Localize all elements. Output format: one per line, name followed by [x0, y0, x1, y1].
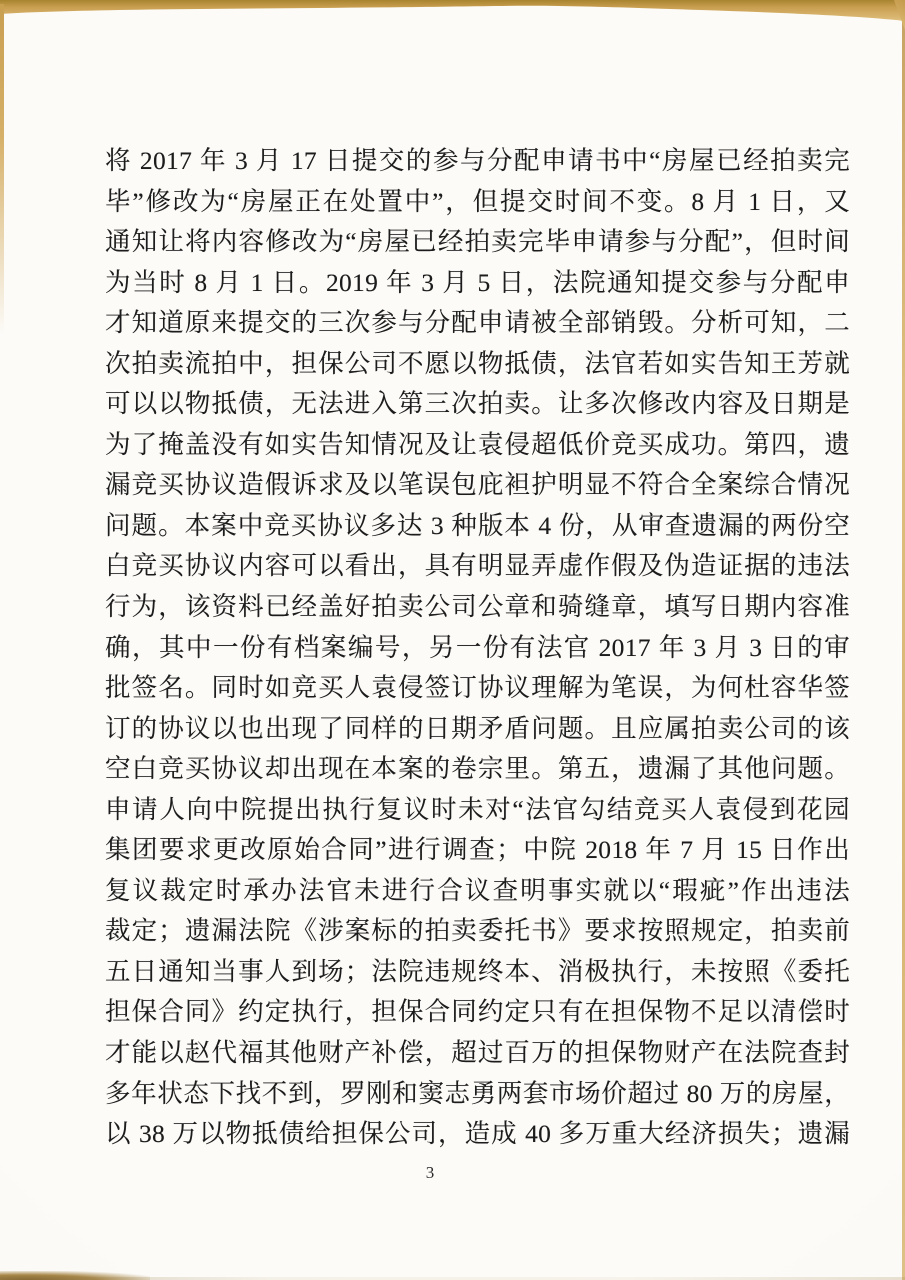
text-line: 毕”修改为“房屋正在处置中”，但提交时间不变。8 月 1 日，又 — [105, 182, 850, 223]
text-line: 将 2017 年 3 月 17 日提交的参与分配申请书中“房屋已经拍卖完 — [105, 141, 850, 182]
text-line: 为当时 8 月 1 日。2019 年 3 月 5 日，法院通知提交参与分配申请， — [105, 263, 850, 304]
text-line: 多年状态下找不到，罗刚和窦志勇两套市场价超过 80 万的房屋， — [105, 1074, 850, 1115]
text-line: 才能以赵代福其他财产补偿，超过百万的担保物财产在法院查封 — [105, 1033, 850, 1074]
text-line: 订的协议以也出现了同样的日期矛盾问题。且应属拍卖公司的该 — [105, 709, 850, 750]
text-line: 五日通知当事人到场；法院违规终本、消极执行，未按照《委托 — [105, 952, 850, 993]
document-body: 将 2017 年 3 月 17 日提交的参与分配申请书中“房屋已经拍卖完毕”修改… — [105, 141, 850, 1155]
text-line: 空白竞买协议却出现在本案的卷宗里。第五，遗漏了其他问题。 — [105, 749, 850, 790]
scan-edge-left — [0, 4, 4, 334]
text-line: 确，其中一份有档案编号，另一份有法官 2017 年 3 月 3 日的审 — [105, 628, 850, 669]
text-line: 复议裁定时承办法官未进行合议查明事实就以“瑕疵”作出违法 — [105, 871, 850, 912]
text-line: 批签名。同时如竞买人袁侵签订协议理解为笔误，为何杜容华签 — [105, 668, 850, 709]
text-line: 行为，该资料已经盖好拍卖公司公章和骑缝章，填写日期内容准 — [105, 587, 850, 628]
text-line: 白竞买协议内容可以看出，具有明显弄虚作假及伪造证据的违法 — [105, 546, 850, 587]
page-number: 3 — [0, 1163, 860, 1183]
text-line: 可以以物抵债，无法进入第三次拍卖。让多次修改内容及日期是 — [105, 384, 850, 425]
text-line: 以 38 万以物抵债给担保公司，造成 40 多万重大经济损失；遗漏 — [105, 1114, 850, 1155]
scanned-document-page: 将 2017 年 3 月 17 日提交的参与分配申请书中“房屋已经拍卖完毕”修改… — [0, 0, 905, 1280]
text-line: 次拍卖流拍中，担保公司不愿以物抵债，法官若如实告知王芳就 — [105, 344, 850, 385]
text-line: 为了掩盖没有如实告知情况及让袁侵超低价竞买成功。第四，遗 — [105, 425, 850, 466]
text-line: 集团要求更改原始合同”进行调查；中院 2018 年 7 月 15 日作出 — [105, 830, 850, 871]
scan-edge-top — [0, 0, 905, 24]
text-line: 担保合同》约定执行，担保合同约定只有在担保物不足以清偿时 — [105, 992, 850, 1033]
text-line: 漏竞买协议造假诉求及以笔误包庇袒护明显不符合全案综合情况 — [105, 465, 850, 506]
text-line: 才知道原来提交的三次参与分配申请被全部销毁。分析可知，二 — [105, 303, 850, 344]
text-line: 裁定；遗漏法院《涉案标的拍卖委托书》要求按照规定，拍卖前 — [105, 911, 850, 952]
text-line: 申请人向中院提出执行复议时未对“法官勾结竞买人袁侵到花园 — [105, 790, 850, 831]
text-line: 问题。本案中竞买协议多达 3 种版本 4 份，从审查遗漏的两份空 — [105, 506, 850, 547]
text-line: 通知让将内容修改为“房屋已经拍卖完毕申请参与分配”，但时间 — [105, 222, 850, 263]
